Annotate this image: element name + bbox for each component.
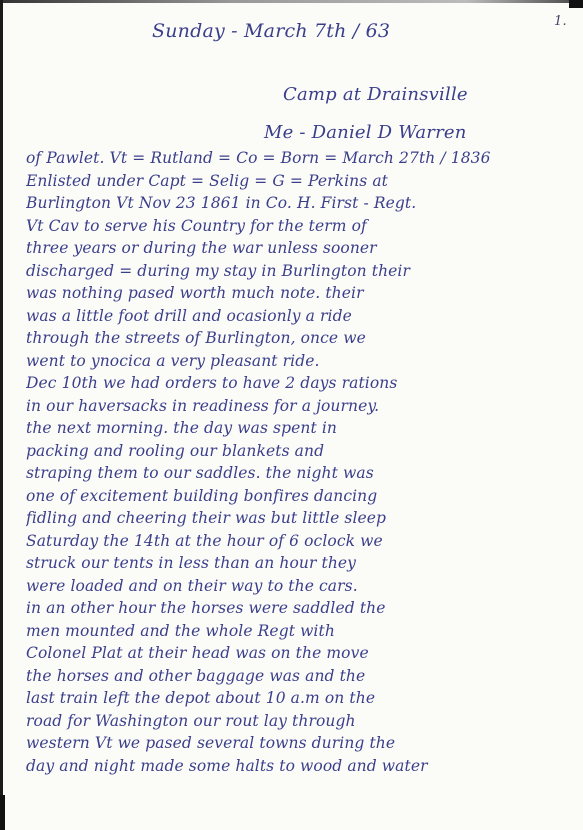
body-line: through the streets of Burlington, once …	[26, 327, 556, 350]
body-line: Vt Cav to serve his Country for the term…	[26, 215, 556, 238]
body-line: Saturday the 14th at the hour of 6 ocloc…	[26, 530, 556, 553]
body-line: the next morning. the day was spent in	[26, 417, 556, 440]
body-line: Dec 10th we had orders to have 2 days ra…	[26, 372, 556, 395]
body-line: road for Washington our rout lay through	[26, 710, 556, 733]
body-line: fidling and cheering their was but littl…	[26, 507, 556, 530]
body-line: Burlington Vt Nov 23 1861 in Co. H. Firs…	[26, 192, 556, 215]
body-line: Enlisted under Capt = Selig = G = Perkin…	[26, 170, 556, 193]
scan-edge-top	[0, 0, 583, 3]
scan-edge-left	[0, 0, 3, 830]
body-line: day and night made some halts to wood an…	[26, 755, 556, 778]
entry-author: Me - Daniel D Warren	[264, 122, 467, 143]
body-line: three years or during the war unless soo…	[26, 237, 556, 260]
entry-location: Camp at Drainsville	[283, 84, 468, 105]
body-line: packing and rooling our blankets and	[26, 440, 556, 463]
entry-date: Sunday - March 7th / 63	[152, 20, 390, 42]
body-line: straping them to our saddles. the night …	[26, 462, 556, 485]
body-line: in an other hour the horses were saddled…	[26, 597, 556, 620]
body-line: of Pawlet. Vt = Rutland = Co = Born = Ma…	[26, 147, 556, 170]
body-line: the horses and other baggage was and the	[26, 665, 556, 688]
body-line: Colonel Plat at their head was on the mo…	[26, 642, 556, 665]
body-line: discharged = during my stay in Burlingto…	[26, 260, 556, 283]
page-number: 1.	[554, 14, 567, 29]
body-line: last train left the depot about 10 a.m o…	[26, 687, 556, 710]
body-line: western Vt we pased several towns during…	[26, 732, 556, 755]
diary-body: of Pawlet. Vt = Rutland = Co = Born = Ma…	[26, 147, 556, 777]
body-line: was nothing pased worth much note. their	[26, 282, 556, 305]
scan-corner-top-right	[569, 0, 583, 8]
body-line: men mounted and the whole Regt with	[26, 620, 556, 643]
body-line: was a little foot drill and ocasionly a …	[26, 305, 556, 328]
body-line: went to ynocica a very pleasant ride.	[26, 350, 556, 373]
body-line: one of excitement building bonfires danc…	[26, 485, 556, 508]
diary-page: 1. Sunday - March 7th / 63 Camp at Drain…	[0, 0, 583, 830]
body-line: were loaded and on their way to the cars…	[26, 575, 556, 598]
scan-edge-left-bottom	[0, 795, 5, 830]
body-line: in our haversacks in readiness for a jou…	[26, 395, 556, 418]
body-line: struck our tents in less than an hour th…	[26, 552, 556, 575]
